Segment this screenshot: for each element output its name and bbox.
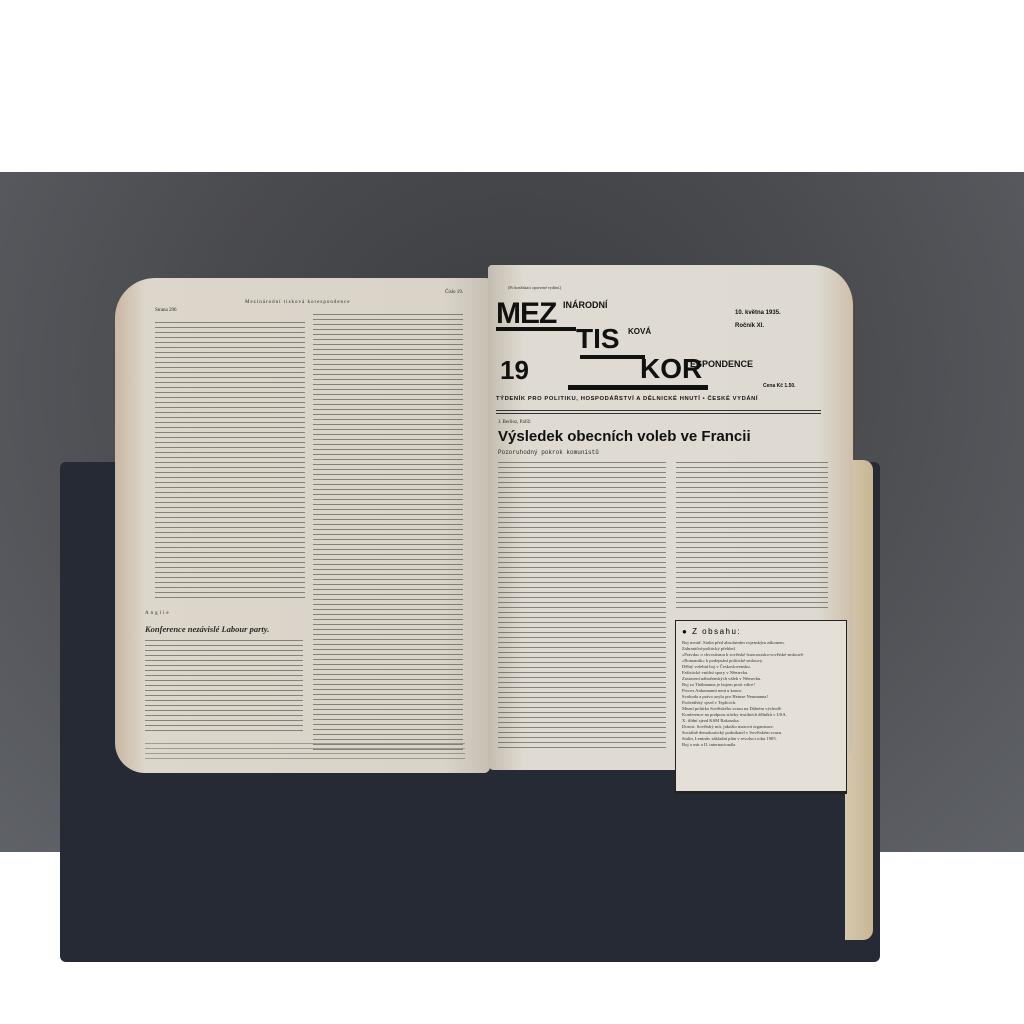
masthead-sup2: KOVÁ <box>628 327 651 336</box>
masthead-rule-3 <box>568 385 708 390</box>
article-column-2 <box>676 462 828 612</box>
running-title: Mezinárodní tisková korespondence <box>245 300 350 305</box>
masthead-tis: TIS <box>576 323 620 355</box>
masthead-mez: MEZ <box>496 297 556 331</box>
contents-list: Boj uvnitř. Stalin před absolutním vojen… <box>682 640 840 748</box>
section-label: Anglie <box>145 611 171 616</box>
masthead-sup3: ESPONDENCE <box>690 359 753 369</box>
footer-text <box>145 743 465 761</box>
text-column-1 <box>155 322 305 602</box>
masthead-rule <box>496 327 576 331</box>
byline: J. Berlioz, Paříž: <box>498 420 531 425</box>
text-column-2 <box>313 314 463 754</box>
tagline: TÝDENÍK PRO POLITIKU, HOSPODÁŘSTVÍ A DĚL… <box>496 396 758 402</box>
headline: Výsledek obecních voleb ve Francii <box>498 428 751 445</box>
price: Cena Kč 1.50. <box>763 383 796 389</box>
masthead-kor: KOR <box>640 353 702 385</box>
subheading: Konference nezávislé Labour party. <box>145 624 269 634</box>
date: 10. května 1935. <box>735 310 781 316</box>
page-number: Strana 296 <box>155 308 177 313</box>
masthead-sup1: INÁRODNÍ <box>563 300 608 310</box>
contents-box: ● Z obsahu: Boj uvnitř. Stalin před abso… <box>675 620 847 794</box>
masthead-rule-2 <box>580 355 645 359</box>
tagline-rule <box>496 410 821 414</box>
left-page: Strana 296 Mezinárodní tisková korespond… <box>115 278 490 773</box>
issue-label: Číslo 19. <box>445 290 463 295</box>
article-column-1 <box>498 462 666 752</box>
volume: Ročník XI. <box>735 323 764 329</box>
text-column-1b <box>145 640 303 735</box>
contents-item: Boj o mír a II. internacionála. <box>682 742 840 748</box>
issue-number: 19 <box>500 355 529 386</box>
subheadline: Pozoruhodný pokrok komunistů <box>498 449 599 456</box>
contents-title: ● Z obsahu: <box>682 627 840 636</box>
contents-title-text: Z obsahu: <box>692 627 741 636</box>
edition-note: (Po konfiskaci opravené vydání.) <box>508 285 561 290</box>
